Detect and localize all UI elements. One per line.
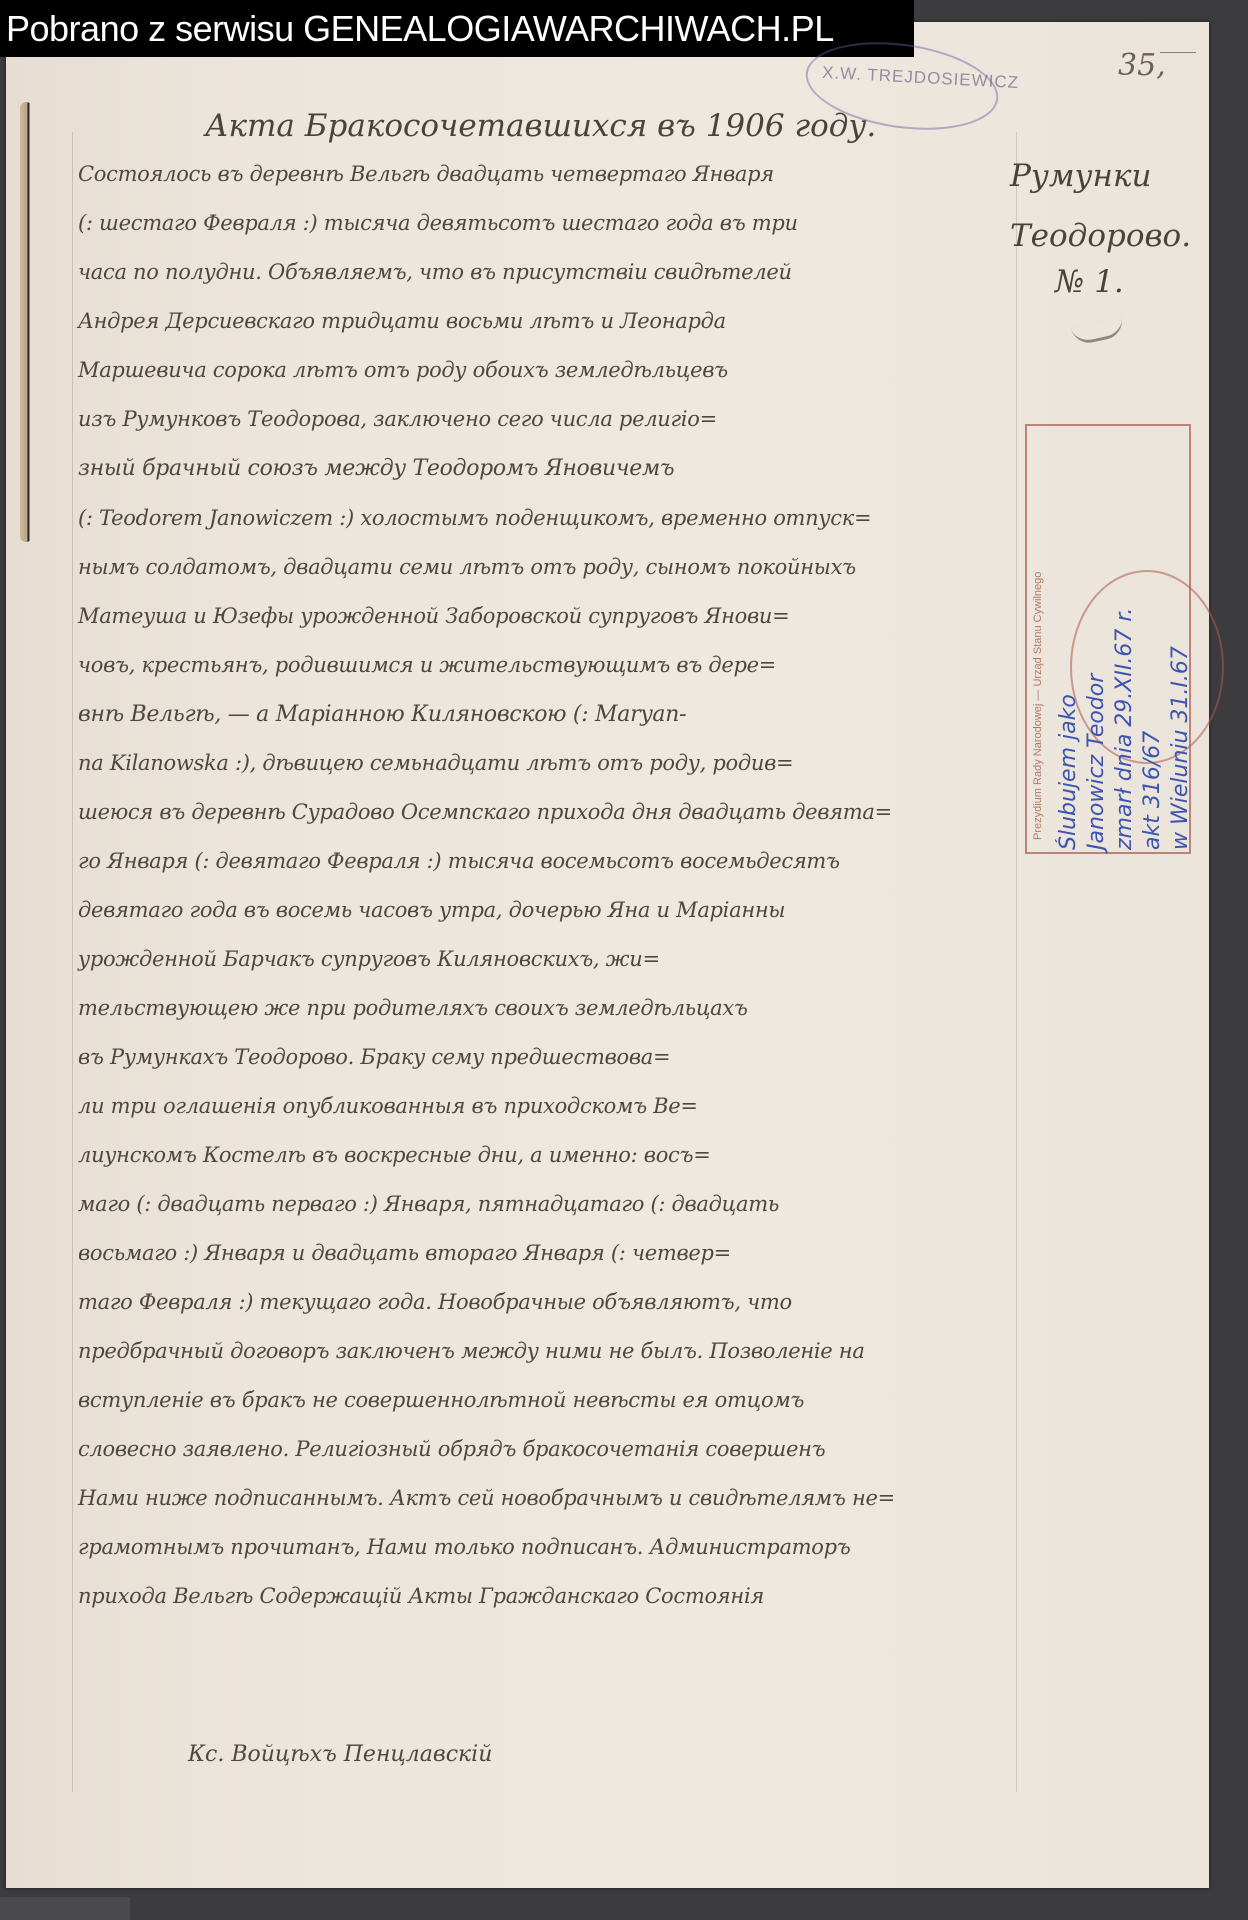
record-line: изъ Румунковъ Теодорова, заключено сего … [78, 407, 717, 431]
record-line: нымъ солдатомъ, двадцати семи лѣтъ отъ р… [78, 555, 856, 579]
record-line: Состоялось въ деревнѣ Вельгѣ двадцать че… [78, 162, 774, 186]
record-line: тельствующею же при родителяхъ своихъ зе… [78, 996, 748, 1020]
priest-signature: Кс. Войцѣхъ Пенцлавскій [188, 1742, 492, 1767]
record-line: лиунскомъ Костелѣ въ воскресные дни, а и… [78, 1143, 711, 1167]
margin-village-line2: Теодорово. [1010, 218, 1191, 254]
folio-rule [1160, 52, 1196, 53]
binding-edge [20, 102, 32, 542]
record-line: прихода Вельгѣ Содержащій Акты Гражданск… [78, 1584, 764, 1608]
record-line: Матеуша и Юзефы урожденной Заборовской с… [78, 604, 789, 628]
record-line: Андрея Дерсиевскаго тридцати восьми лѣтъ… [78, 309, 726, 333]
record-line: човъ, крестьянъ, родившимся и жительству… [78, 653, 776, 677]
record-line: Маршевича сорока лѣтъ отъ роду обоихъ зе… [78, 358, 728, 382]
record-line: ли три оглашенія опубликованныя въ прихо… [78, 1094, 698, 1118]
record-line: часа по полудни. Объявляемъ, что въ прис… [78, 260, 792, 284]
record-line: грамотнымъ прочитанъ, Нами только подпис… [78, 1535, 850, 1559]
folio-number: 35, [1118, 48, 1166, 83]
record-line: восьмаго :) Января и двадцать втораго Ян… [78, 1241, 731, 1265]
record-line: вступленіе въ бракъ не совершеннолѣтной … [78, 1388, 804, 1412]
record-number: № 1. [1055, 264, 1124, 300]
record-line: урожденной Барчакъ супруговъ Киляновских… [78, 947, 660, 971]
document-title: Акта Бракосочетавшихся въ 1906 году. [205, 108, 876, 144]
scanner-background-tab [0, 1897, 130, 1920]
record-line: зный брачный союзъ между Теодоромъ Янови… [78, 456, 674, 481]
record-line: девятаго года въ восемь часовъ утра, доч… [78, 898, 785, 922]
record-line: Нами ниже подписаннымъ. Актъ сей новобра… [78, 1486, 895, 1510]
record-line: шеюся въ деревнѣ Сурадово Осемпскаго при… [78, 800, 892, 824]
record-line: na Kilanowska :), дѣвицею семьнадцати лѣ… [78, 751, 793, 775]
record-line: предбрачный договоръ заключенъ между ним… [78, 1339, 865, 1363]
left-margin-rule [72, 132, 73, 1792]
margin-village-line1: Румунки [1010, 158, 1151, 194]
record-line: (: Teodorem Janowiczem :) холостымъ поде… [78, 506, 871, 530]
record-line: словесно заявлено. Религіозный обрядъ бр… [78, 1437, 825, 1461]
source-watermark: Pobrano z serwisu GENEALOGIAWARCHIWACH.P… [0, 0, 914, 57]
record-line: маго (: двадцать перваго :) Января, пятн… [78, 1192, 779, 1216]
record-line: таго Февраля :) текущаго года. Новобрачн… [78, 1290, 792, 1314]
record-line: въ Румункахъ Теодорово. Браку сему предш… [78, 1045, 670, 1069]
right-margin-rule [1016, 132, 1017, 1792]
handwritten-annotation: Ślubujem jako Janowicz Teodor zmarł dnia… [1055, 430, 1185, 850]
record-line: го Января (: девятаго Февраля :) тысяча … [78, 849, 840, 873]
record-line: внѣ Вельгѣ, — а Маріанною Киляновскою (:… [78, 702, 686, 727]
record-line: (: шестаго Февраля :) тысяча девятьсотъ … [78, 211, 798, 235]
